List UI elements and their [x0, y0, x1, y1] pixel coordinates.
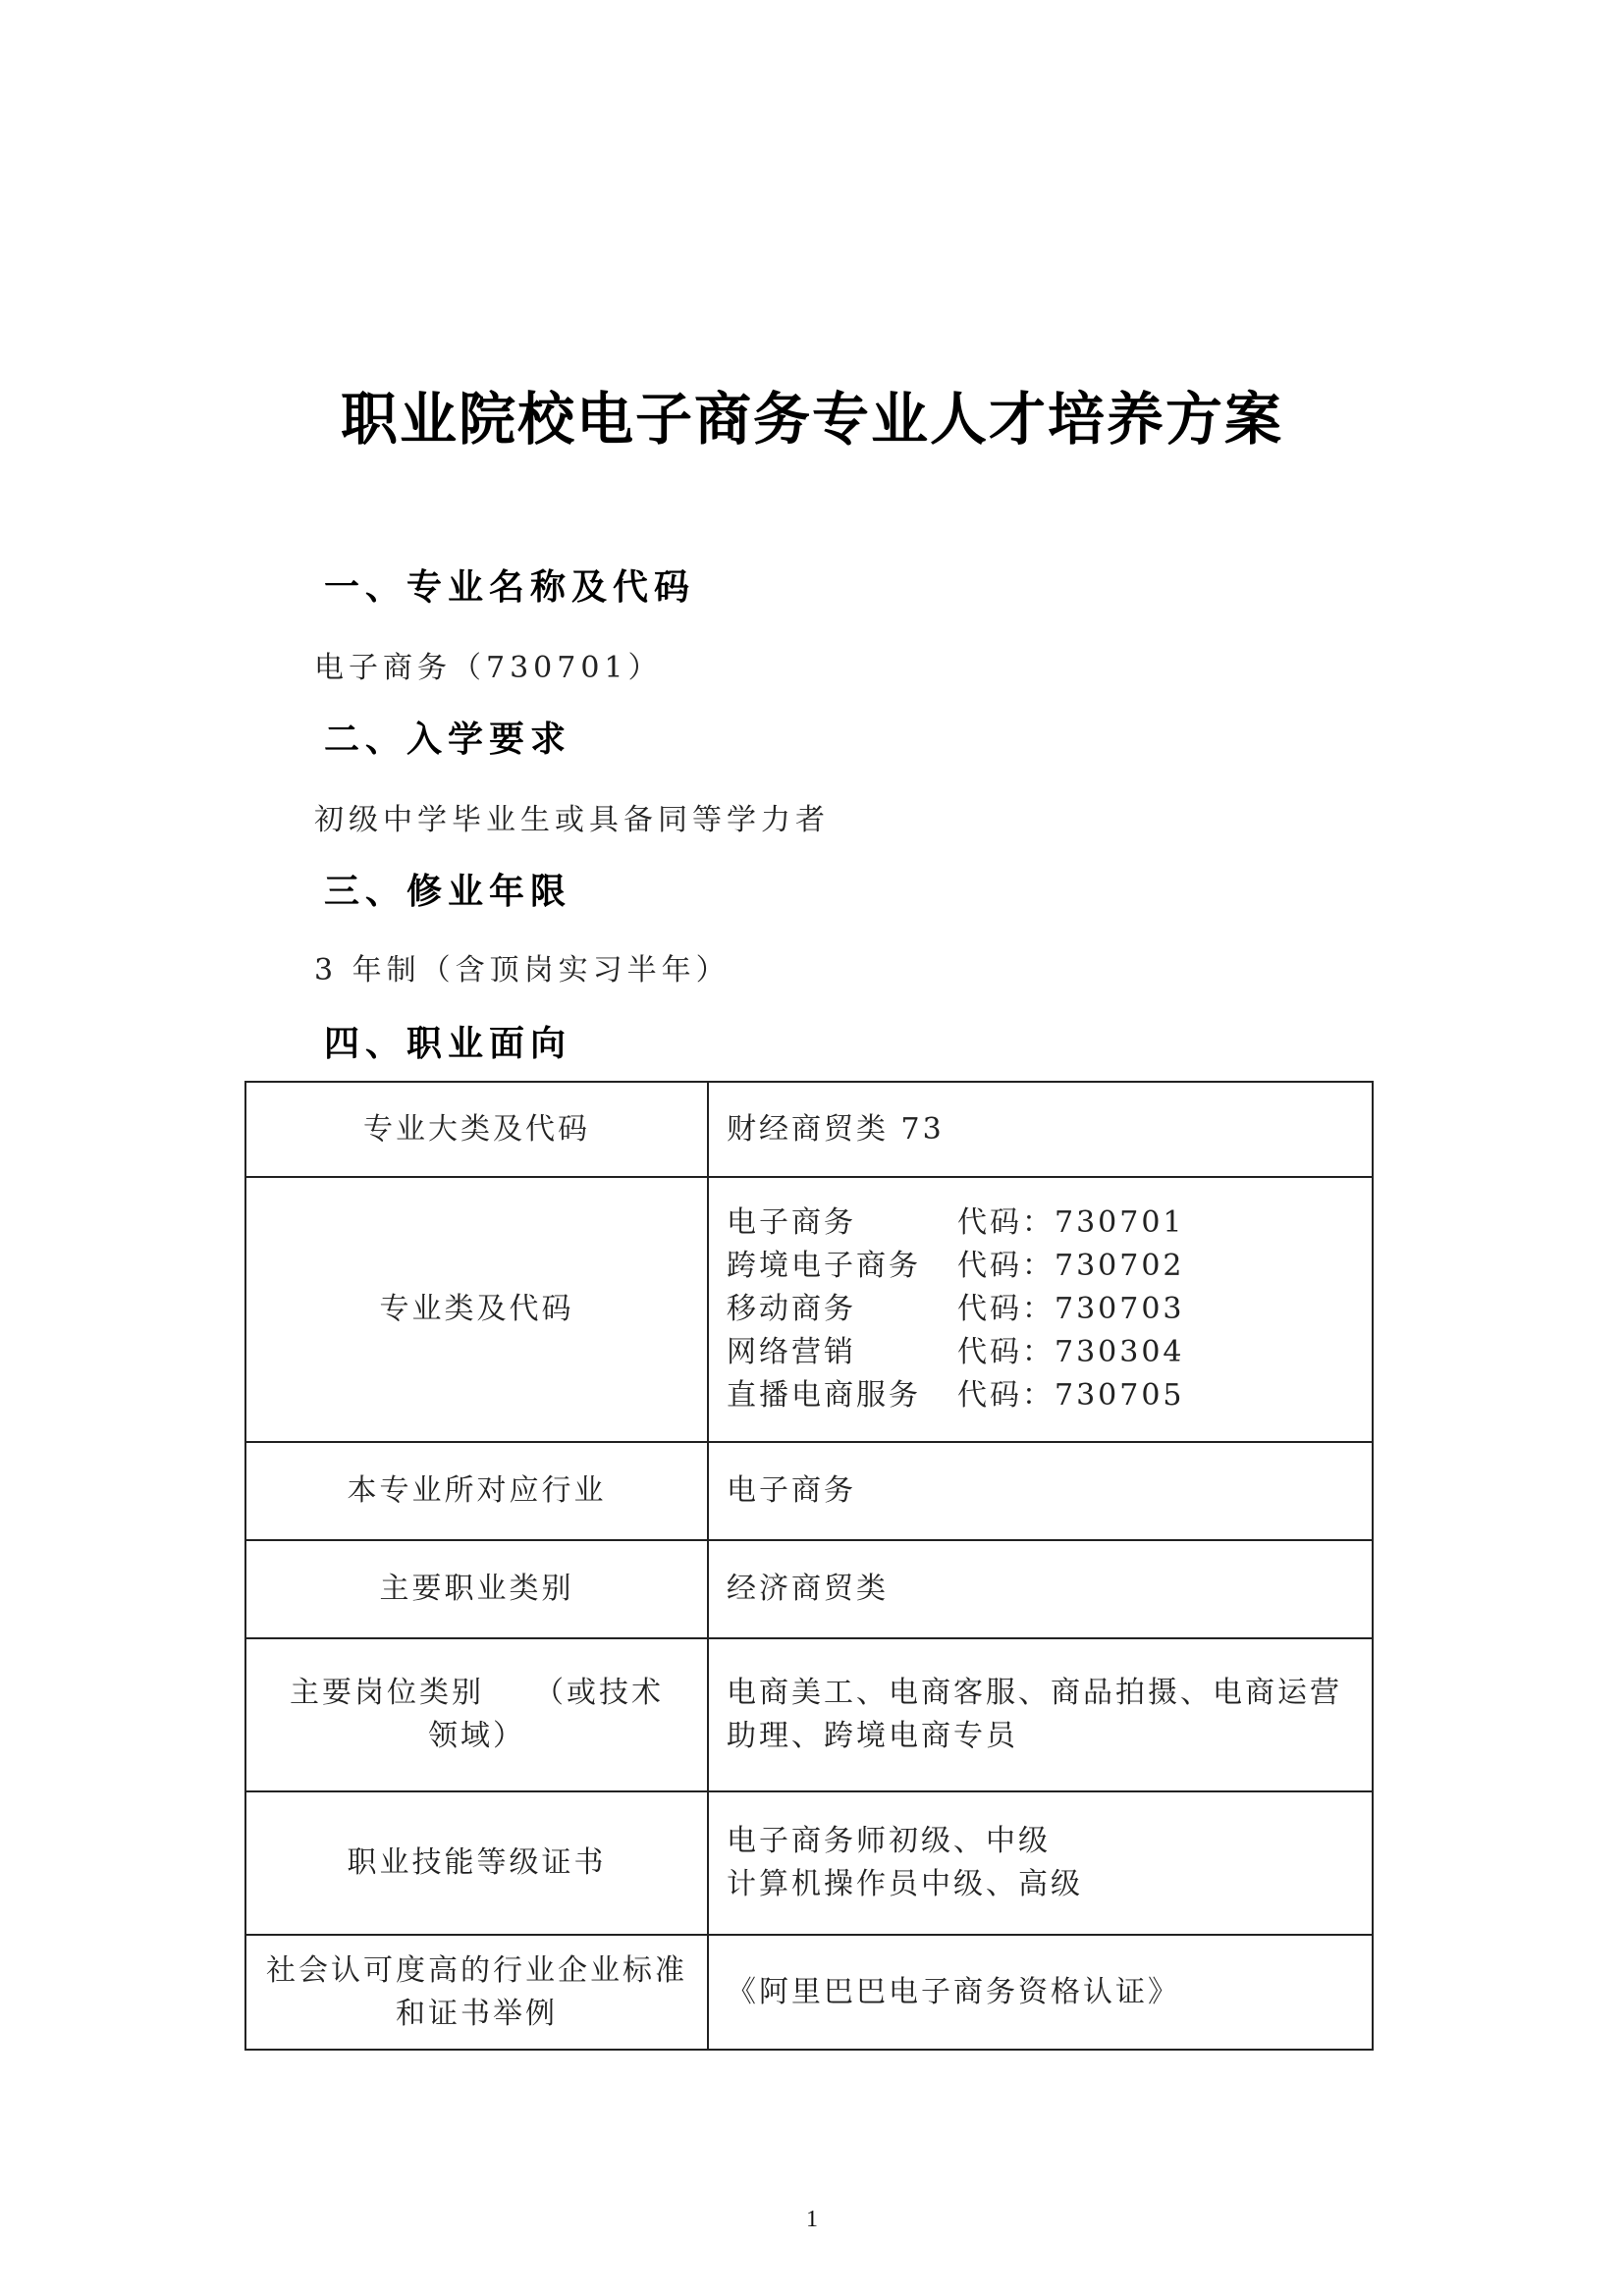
row-value: 电子商务师初级、中级 计算机操作员中级、高级 [708, 1791, 1373, 1935]
major-code-item: 直播电商服务 代码：730705 [727, 1374, 1354, 1417]
table-row: 主要岗位类别 （或技术 领域） 电商美工、电商客服、商品拍摄、电商运营 助理、跨… [245, 1638, 1373, 1791]
section-heading-4: 四、职业面向 [324, 1016, 571, 1066]
row-value: 经济商贸类 [708, 1540, 1373, 1638]
section-body-1: 电子商务（730701） [314, 643, 663, 686]
major-code-item: 移动商务 代码：730703 [727, 1288, 1354, 1331]
section-body-3: 3 年制（含顶岗实习半年） [314, 945, 731, 988]
row-label: 主要职业类别 [245, 1540, 708, 1638]
section-heading-3: 三、修业年限 [324, 864, 571, 914]
row-label: 职业技能等级证书 [245, 1791, 708, 1935]
row-label: 本专业所对应行业 [245, 1442, 708, 1540]
section-heading-1: 一、专业名称及代码 [324, 560, 695, 610]
major-code-item: 跨境电子商务 代码：730702 [727, 1245, 1354, 1288]
row-label: 主要岗位类别 （或技术 领域） [245, 1638, 708, 1791]
table-row: 社会认可度高的行业企业标准 和证书举例 《阿里巴巴电子商务资格认证》 [245, 1935, 1373, 2050]
major-code-item: 网络营销 代码：730304 [727, 1331, 1354, 1374]
row-value: 《阿里巴巴电子商务资格认证》 [708, 1935, 1373, 2050]
row-label: 专业类及代码 [245, 1177, 708, 1442]
career-orientation-table: 专业大类及代码 财经商贸类 73 专业类及代码 电子商务 代码：730701 跨… [244, 1081, 1374, 2051]
row-value: 财经商贸类 73 [708, 1082, 1373, 1177]
row-value: 电商美工、电商客服、商品拍摄、电商运营 助理、跨境电商专员 [708, 1638, 1373, 1791]
document-title: 职业院校电子商务专业人才培养方案 [0, 373, 1624, 455]
table-row: 职业技能等级证书 电子商务师初级、中级 计算机操作员中级、高级 [245, 1791, 1373, 1935]
table-row: 专业类及代码 电子商务 代码：730701 跨境电子商务 代码：730702 移… [245, 1177, 1373, 1442]
table-row: 专业大类及代码 财经商贸类 73 [245, 1082, 1373, 1177]
row-label: 专业大类及代码 [245, 1082, 708, 1177]
major-code-list: 电子商务 代码：730701 跨境电子商务 代码：730702 移动商务 代码：… [708, 1177, 1373, 1442]
row-value: 电子商务 [708, 1442, 1373, 1540]
row-label: 社会认可度高的行业企业标准 和证书举例 [245, 1935, 708, 2050]
section-heading-2: 二、入学要求 [324, 712, 571, 762]
page-number: 1 [0, 2207, 1624, 2233]
major-code-item: 电子商务 代码：730701 [727, 1201, 1354, 1245]
section-body-2: 初级中学毕业生或具备同等学力者 [314, 795, 830, 838]
table-row: 本专业所对应行业 电子商务 [245, 1442, 1373, 1540]
table-row: 主要职业类别 经济商贸类 [245, 1540, 1373, 1638]
